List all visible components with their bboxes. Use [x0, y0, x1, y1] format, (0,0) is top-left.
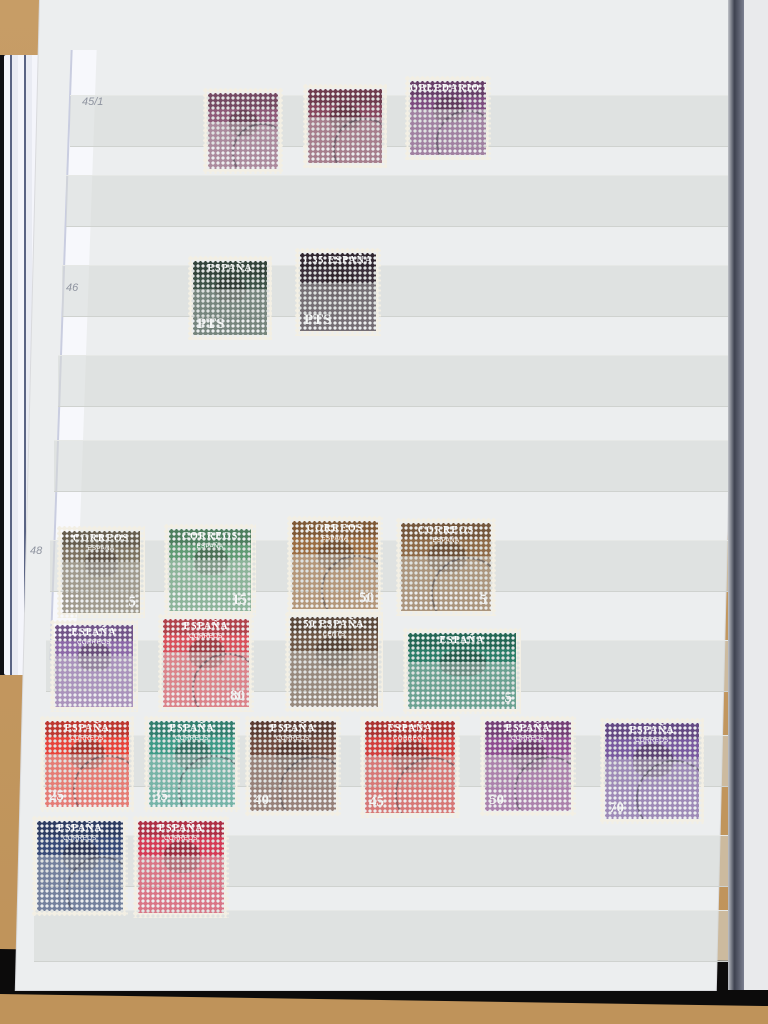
postage-stamp: CORREOSESPAÑA5 — [57, 526, 145, 618]
stamp-country-text: ESPAÑA — [163, 619, 249, 635]
adjacent-page — [744, 0, 768, 990]
stamp-design: ESPAÑACORREOS45 — [365, 721, 455, 813]
stamp-design: OBLEDARIO DE CASTILLA — [410, 81, 486, 155]
stamp-country-text: ESPAÑA — [193, 261, 267, 277]
stamp-design: ESPAÑACORREOS — [55, 625, 133, 707]
glassine-strip — [58, 355, 728, 407]
stamp-country-text: ESPAÑA — [138, 821, 224, 837]
glassine-strip — [50, 540, 728, 592]
postage-stamp: ESPAÑACORREOS80 — [158, 614, 254, 712]
glassine-overlay — [408, 662, 516, 709]
postage-stamp: ESPAÑACORREOS — [32, 816, 128, 916]
glassine-overlay — [138, 856, 224, 913]
glassine-strip — [70, 95, 728, 147]
stamp-design — [308, 89, 382, 163]
stamp-country-text: ESPAÑA — [149, 721, 235, 737]
postage-stamp: ESPAÑACORREOS — [50, 620, 138, 712]
glassine-strip — [54, 440, 728, 492]
stamp-subtext: CORREOS — [605, 738, 699, 744]
stamp-design — [208, 93, 278, 169]
stamp-country-text: OBLEDARIO DE CASTILLA — [410, 81, 486, 97]
stamp-design: CORREOSESPAÑA50 — [292, 521, 378, 609]
stamp-country-text: CORREOS — [401, 523, 491, 539]
postage-stamp: 1.35 ESPAÑAPTS — [295, 248, 381, 336]
stamp-design: ESPAÑACORREOS25 — [45, 721, 129, 807]
postage-stamp: CORREOSESPAÑA15 — [164, 524, 256, 616]
glassine-strip — [62, 265, 728, 317]
glassine-strip — [46, 640, 728, 692]
stamp-country-text — [208, 93, 278, 109]
glassine-overlay — [300, 283, 376, 331]
stamp-country-text: 1.35 ESPAÑA — [300, 253, 376, 269]
row-label: 45/1 — [82, 96, 103, 108]
stamp-design: ESPAÑACORREOS — [138, 821, 224, 913]
page-shadow-edge — [728, 0, 744, 990]
stamp-country-text: CORREOS — [62, 531, 140, 547]
stamp-design: CORREOSESPAÑA5 — [401, 523, 491, 611]
stamp-design: ESPAÑACORREOS — [37, 821, 123, 911]
postage-stamp: ESPAÑACORREOS25 — [40, 716, 134, 812]
stamp-country-text: ESPAÑA — [55, 625, 133, 641]
postage-stamp: CORREOSESPAÑA5 — [396, 518, 496, 616]
postage-stamp: ESPAÑACORREOS — [133, 816, 229, 918]
glassine-overlay — [169, 560, 251, 611]
glassine-overlay — [55, 656, 133, 707]
postage-stamp: ESPAÑA5 — [403, 628, 521, 714]
stamp-country-text: ESPAÑA — [365, 721, 455, 737]
stamp-country-text: CORREOS — [292, 521, 378, 537]
postage-stamp — [203, 88, 283, 174]
stamp-design: ESPAÑAPTS — [193, 261, 267, 335]
postage-stamp: ESPAÑACORREOS70 — [600, 718, 704, 824]
stamp-country-text: ESPAÑA — [605, 723, 699, 739]
postage-stamp: CORREOSESPAÑA50 — [287, 516, 383, 614]
stamp-design: ESPAÑACORREOS70 — [605, 723, 699, 819]
glassine-strip — [66, 175, 728, 227]
postage-stamp: ESPAÑACORREOS35 — [144, 716, 240, 812]
stamp-country-text — [308, 89, 382, 105]
stamp-design: ESPAÑACORREOS80 — [163, 619, 249, 707]
stamp-design: CORREOSESPAÑA5 — [62, 531, 140, 613]
postage-stamp: ESPAÑACORREOS40 — [245, 716, 341, 816]
postage-stamp — [303, 84, 387, 168]
stamp-country-text: ESPAÑA — [485, 721, 571, 737]
postage-stamp: OBLEDARIO DE CASTILLA — [405, 76, 491, 160]
stamp-country-text: ESPAÑA — [250, 721, 336, 737]
stamp-design: ESPAÑACORREOS40 — [250, 721, 336, 811]
postage-stamp: ESPAÑACORREOS50 — [480, 716, 576, 816]
glassine-overlay — [193, 289, 267, 335]
row-label: 46 — [66, 282, 78, 294]
row-label: 48 — [30, 545, 42, 557]
stamp-design: ESPAÑACORREOS35 — [149, 721, 235, 807]
postage-stamp: 50 ESPAÑACENTS — [285, 612, 383, 712]
stamp-design: ESPAÑACORREOS50 — [485, 721, 571, 811]
stamp-design: 1.35 ESPAÑAPTS — [300, 253, 376, 331]
stamp-country-text: 50 ESPAÑA — [290, 617, 378, 633]
stamp-design: 50 ESPAÑACENTS — [290, 617, 378, 707]
postage-stamp: ESPAÑAPTS — [188, 256, 272, 340]
postage-stamp: ESPAÑACORREOS45 — [360, 716, 460, 818]
stamp-country-text: ESPAÑA — [45, 721, 129, 737]
stamp-country-text: ESPAÑA — [37, 821, 123, 837]
stamp-design: ESPAÑA5 — [408, 633, 516, 709]
glassine-overlay — [290, 651, 378, 707]
stamp-country-text: CORREOS — [169, 529, 251, 545]
glassine-overlay — [62, 562, 140, 613]
stamp-country-text: ESPAÑA — [408, 633, 516, 649]
stamp-design: CORREOSESPAÑA15 — [169, 529, 251, 611]
